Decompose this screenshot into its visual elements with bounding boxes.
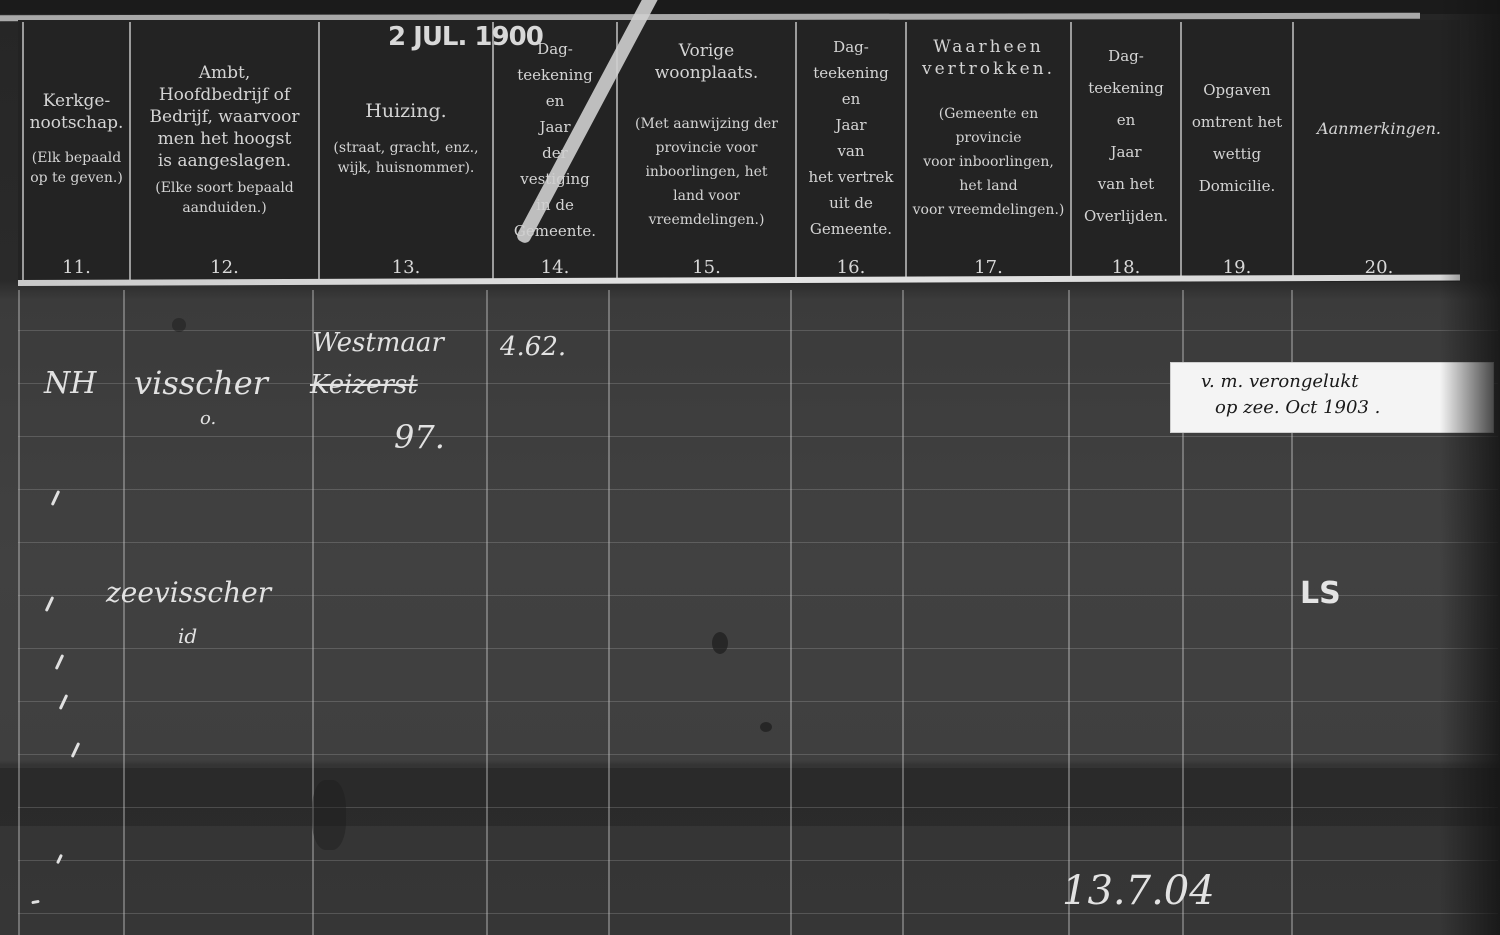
column-title: Dag- teekening en Jaar der vestiging in … — [514, 36, 596, 244]
column-header-departure-date: Dag- teekening en Jaar van het vertrek u… — [797, 30, 905, 280]
column-subtitle: (Elke soort bepaald aanduiden.) — [155, 178, 294, 218]
column-title: Waarheen vertrokken. — [922, 36, 1055, 80]
column-divider — [902, 290, 904, 935]
handwritten-house-number: 97. — [394, 418, 445, 456]
column-number: 16. — [797, 257, 905, 278]
ink-blot — [760, 722, 772, 732]
column-number: 19. — [1182, 257, 1292, 278]
row-rule — [18, 648, 1498, 649]
row-rule — [18, 807, 1498, 808]
ditto-mark — [45, 596, 54, 612]
column-title: Vorige woonplaats. — [655, 40, 759, 84]
row-rule — [18, 913, 1498, 914]
ditto-mark — [51, 490, 60, 506]
ink-blot — [312, 780, 346, 850]
column-divider — [486, 290, 488, 935]
ditto-mark — [59, 694, 68, 710]
remark-line: op zee. Oct 1903 . — [1215, 397, 1380, 418]
column-number: 15. — [618, 257, 795, 278]
film-top-edge — [0, 0, 1500, 14]
column-header-religion: Kerkge- nootschap. (Elk bepaald op te ge… — [24, 30, 129, 280]
row-rule — [18, 330, 1498, 331]
column-header-settled-date: Dag- teekening en Jaar der vestiging in … — [494, 30, 616, 280]
column-number: 18. — [1072, 257, 1180, 278]
column-divider — [608, 290, 610, 935]
column-number: 17. — [907, 257, 1070, 278]
row-rule — [18, 436, 1498, 437]
column-header-death-date: Dag- teekening en Jaar van het Overlijde… — [1072, 30, 1180, 280]
column-title: Dag- teekening en Jaar van het vertrek u… — [808, 34, 893, 242]
initials-mark: LS — [1300, 576, 1341, 611]
column-header-occupation: Ambt, Hoofdbedrijf of Bedrijf, waarvoor … — [131, 30, 318, 280]
film-right-edge — [1440, 0, 1500, 935]
row-rule — [18, 542, 1498, 543]
column-title: Opgaven omtrent het wettig Domicilie. — [1192, 74, 1282, 202]
column-divider — [1068, 290, 1070, 935]
dark-band — [0, 768, 1500, 826]
column-title: Ambt, Hoofdbedrijf of Bedrijf, waarvoor … — [150, 62, 300, 172]
ink-blot — [712, 632, 728, 654]
handwritten-occupation-2: zeevisscher — [106, 576, 271, 609]
column-title: Dag- teekening en Jaar van het Overlijde… — [1084, 40, 1168, 232]
column-header-destination: Waarheen vertrokken. (Gemeente en provin… — [907, 30, 1070, 280]
register-page: Kerkge- nootschap. (Elk bepaald op te ge… — [0, 0, 1500, 935]
handwritten-address: Westmaar — [312, 328, 444, 358]
handwritten-occupation: visscher — [134, 364, 268, 402]
handwritten-death-date: 13.7.04 — [1062, 868, 1215, 914]
row-rule — [18, 860, 1498, 861]
column-number: 12. — [131, 257, 318, 278]
handwritten-religion: NH — [44, 366, 96, 401]
column-header-previous-residence: Vorige woonplaats. (Met aanwijzing der p… — [618, 30, 795, 280]
row-rule — [18, 754, 1498, 755]
handwritten-occupation-2-note: id — [178, 624, 197, 648]
ditto-mark — [55, 654, 64, 670]
column-subtitle: (Gemeente en provincie voor inboorlingen… — [913, 102, 1065, 222]
handwritten-address-struck: Keizerst — [310, 370, 418, 400]
column-title: Kerkge- nootschap. — [30, 90, 124, 134]
ink-blot — [172, 318, 186, 332]
column-divider — [790, 290, 792, 935]
ditto-mark — [71, 742, 80, 758]
column-number: 13. — [320, 257, 492, 278]
ditto-mark — [31, 900, 39, 904]
column-number: 20. — [1294, 257, 1464, 278]
remark-line: v. m. verongelukt — [1201, 371, 1359, 392]
row-rule — [18, 489, 1498, 490]
column-number: 11. — [24, 257, 129, 278]
column-divider — [123, 290, 125, 935]
column-subtitle: (Met aanwijzing der provincie voor inboo… — [635, 112, 778, 232]
column-number: 14. — [494, 257, 616, 278]
date-stamp: 2 JUL. 1900 — [388, 22, 543, 52]
column-header-remarks: Aanmerkingen. 20. — [1294, 30, 1464, 280]
column-subtitle: (Elk bepaald op te geven.) — [30, 148, 123, 188]
handwritten-settled-date: 4.62. — [500, 332, 566, 362]
ditto-mark — [56, 854, 63, 864]
column-header-address: Huizing. (straat, gracht, enz., wijk, hu… — [320, 30, 492, 280]
handwritten-occupation-note: o. — [200, 408, 216, 429]
column-title: Huizing. — [365, 100, 446, 122]
row-rule — [18, 701, 1498, 702]
column-divider — [18, 290, 20, 935]
column-title: Aanmerkingen. — [1317, 118, 1441, 140]
column-header-domicile: Opgaven omtrent het wettig Domicilie. 19… — [1182, 30, 1292, 280]
column-subtitle: (straat, gracht, enz., wijk, huisnommer)… — [333, 138, 478, 178]
